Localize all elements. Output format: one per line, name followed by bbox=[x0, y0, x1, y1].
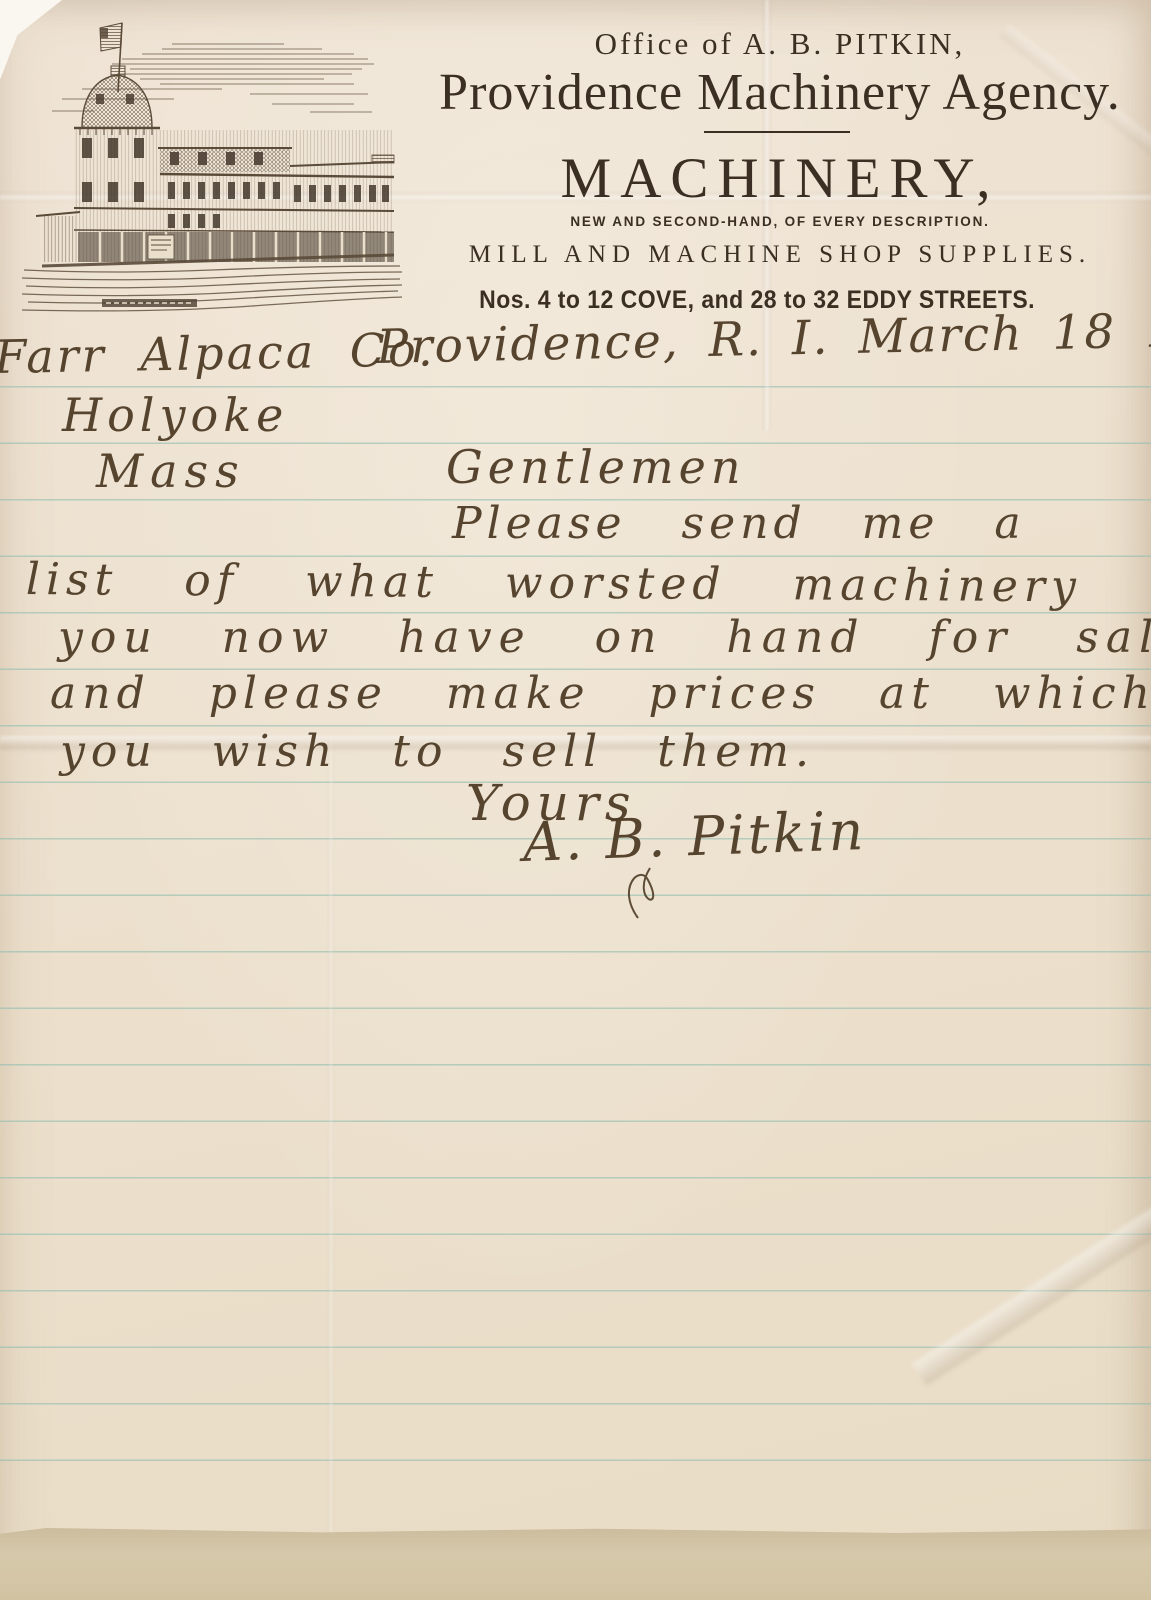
signature-flourish bbox=[608, 866, 688, 922]
engraver-mark bbox=[102, 299, 197, 307]
letterhead-subheadline: NEW AND SECOND-HAND, OF EVERY DESCRIPTIO… bbox=[380, 214, 1151, 229]
recipient-state-line: Mass bbox=[96, 448, 246, 494]
salutation: Gentlemen bbox=[446, 444, 745, 490]
dome-tower bbox=[74, 66, 160, 135]
mansard-attic bbox=[158, 148, 292, 172]
scan-bottom-band bbox=[0, 1528, 1151, 1600]
signature: A. B. Pitkin bbox=[522, 804, 867, 870]
body-line: you now have on hand for sale bbox=[58, 616, 1151, 660]
street-hatching bbox=[22, 266, 402, 311]
letter-scan-page: Office of A. B. PITKIN, Providence Machi… bbox=[0, 0, 1151, 1600]
letterhead-divider-rule bbox=[704, 131, 850, 133]
recipient-company-line: Farr Alpaca Co. bbox=[0, 326, 436, 380]
body-line: and please make prices at which bbox=[50, 672, 1151, 716]
body-line: Please send me a bbox=[452, 502, 1026, 546]
body-line: list of what worsted machinery bbox=[26, 558, 1082, 609]
letterhead-office-line: Office of A. B. PITKIN, bbox=[380, 26, 1151, 62]
building-engraving-illustration bbox=[22, 16, 407, 316]
diagonal-wrinkle-crease bbox=[912, 1200, 1151, 1385]
letterhead-headline: MACHINERY, bbox=[380, 146, 1151, 211]
recipient-city-line: Holyoke bbox=[62, 392, 288, 438]
vertical-fold-crease-lower bbox=[328, 740, 334, 1540]
letterhead-supplies-line: MILL AND MACHINE SHOP SUPPLIES. bbox=[380, 241, 1151, 269]
left-shed bbox=[36, 212, 80, 262]
body-line: you wish to sell them. bbox=[60, 730, 815, 774]
letterhead-agency-line: Providence Machinery Agency. bbox=[380, 63, 1151, 122]
